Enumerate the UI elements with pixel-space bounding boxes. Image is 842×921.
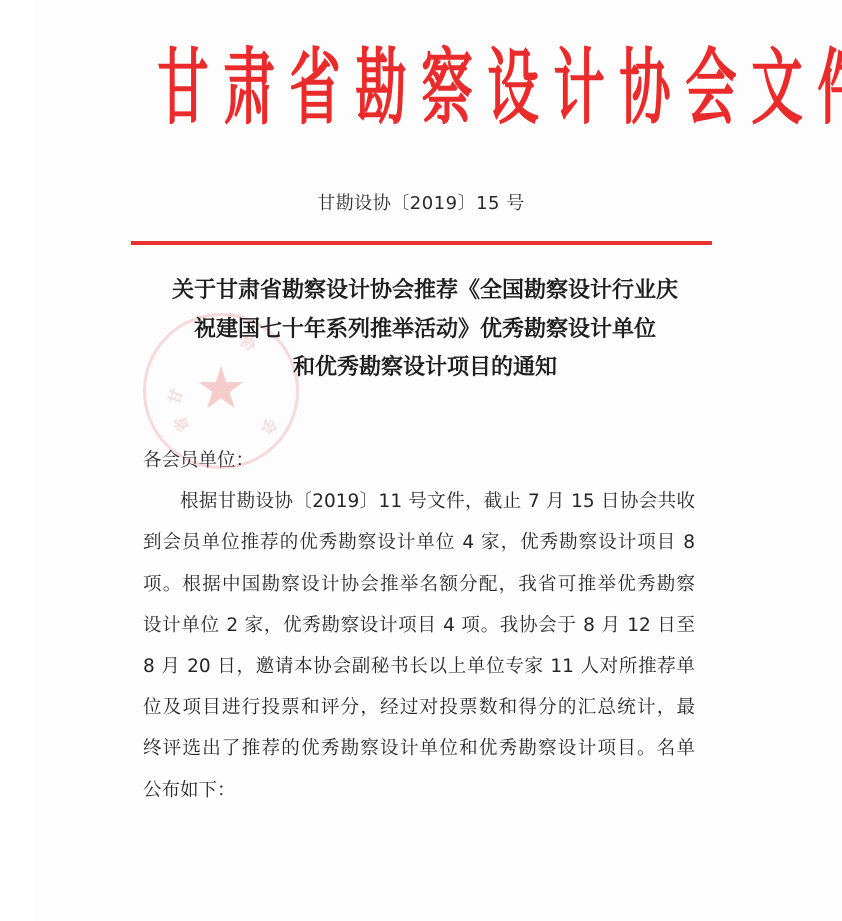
body-line: 设计单位 2 家，优秀勘察设计项目 4 项。我协会于 8 月 12 日至 (143, 605, 695, 646)
masthead-char: 设 (487, 46, 538, 129)
red-divider-rule (131, 241, 712, 245)
masthead-char: 肃 (223, 46, 274, 129)
masthead-char: 会 (685, 46, 736, 129)
masthead-char: 甘 (157, 46, 208, 129)
title-line: 关于甘肃省勘察设计协会推荐《全国勘察设计行业庆 (130, 272, 720, 311)
masthead-char: 察 (421, 46, 472, 129)
masthead-title: 甘 肃 省 勘 察 设 计 协 会 文 件 (150, 42, 695, 132)
body-line: 公布如下： (143, 770, 695, 811)
body-line: 根据甘勘设协〔2019〕11 号文件，截止 7 月 15 日协会共收 (143, 481, 695, 522)
masthead-char: 计 (553, 46, 604, 129)
masthead-char: 文 (751, 46, 802, 129)
body-line: 位及项目进行投票和评分，经过对投票数和得分的汇总统计，最 (143, 687, 695, 728)
body-line: 8 月 20 日，邀请本协会副秘书长以上单位专家 11 人对所推荐单 (143, 646, 695, 687)
title-line: 祝建国七十年系列推举活动》优秀勘察设计单位 (130, 311, 720, 350)
body-line: 到会员单位推荐的优秀勘察设计单位 4 家，优秀勘察设计项目 8 (143, 522, 695, 563)
masthead-char: 省 (289, 46, 340, 129)
scan-margin (0, 0, 33, 921)
salutation: 各会员单位： (143, 440, 695, 481)
notice-body: 各会员单位： 根据甘勘设协〔2019〕11 号文件，截止 7 月 15 日协会共… (143, 440, 695, 811)
notice-title: 关于甘肃省勘察设计协会推荐《全国勘察设计行业庆 祝建国七十年系列推举活动》优秀勘… (130, 272, 720, 388)
masthead-char: 勘 (355, 46, 406, 129)
masthead-char: 协 (619, 46, 670, 129)
body-line: 终评选出了推荐的优秀勘察设计单位和优秀勘察设计项目。名单 (143, 728, 695, 769)
document-number: 甘勘设协〔2019〕15 号 (0, 189, 842, 215)
masthead-char: 件 (817, 46, 842, 129)
body-line: 项。根据中国勘察设计协会推举名额分配，我省可推举优秀勘察 (143, 564, 695, 605)
title-line: 和优秀勘察设计项目的通知 (130, 349, 720, 388)
